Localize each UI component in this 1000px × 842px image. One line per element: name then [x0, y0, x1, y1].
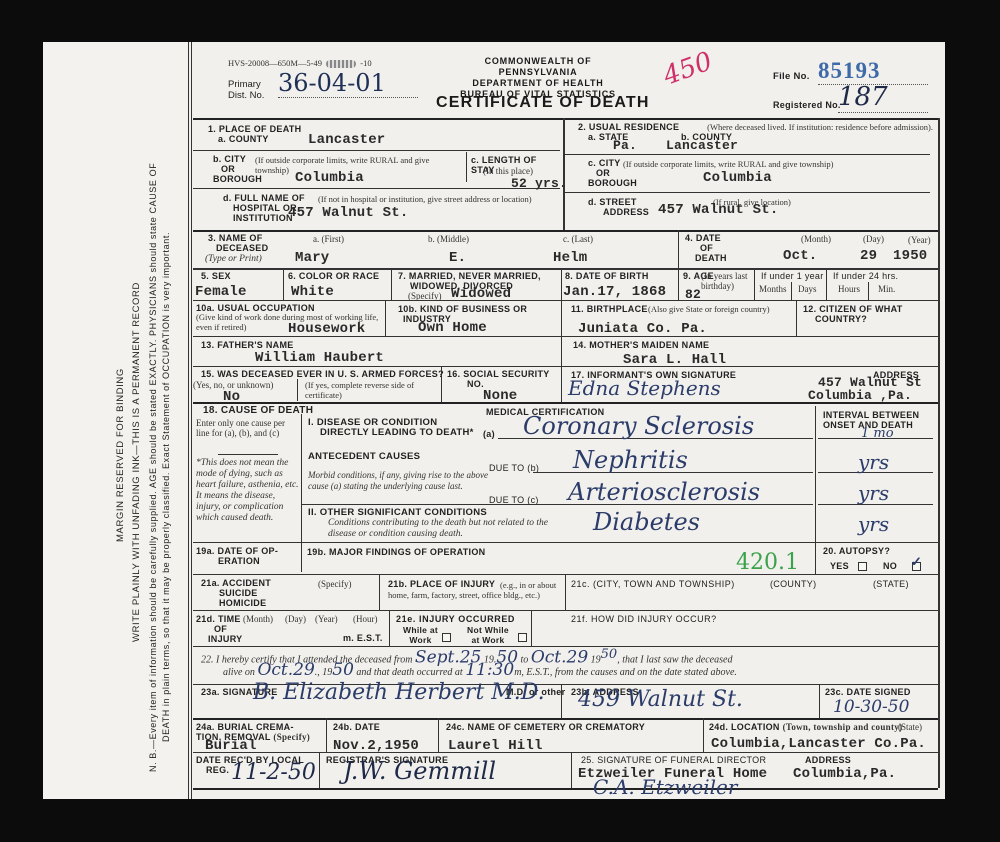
- rule: [561, 366, 562, 402]
- cause-b-value: Nephritis: [573, 446, 688, 474]
- dod-label-3: DEATH: [685, 253, 727, 263]
- rule: [193, 752, 938, 753]
- dod-month-value: Oct.: [783, 248, 817, 264]
- residence-county-value: Lancaster: [666, 138, 738, 153]
- dod-label-1: 4. DATE: [685, 233, 727, 243]
- rule: [297, 379, 298, 401]
- injury-occurred-label: 21e. INJURY OCCURRED: [396, 614, 515, 624]
- institution-label-1: d. FULL NAME OF: [223, 193, 305, 203]
- header-rule: [193, 118, 938, 120]
- agency-department: DEPARTMENT OF HEALTH: [448, 78, 628, 89]
- rule: [565, 154, 930, 155]
- cemetery-label: 24c. NAME OF CEMETERY OR CREMATORY: [446, 722, 645, 732]
- location-label-text: 24d. LOCATION: [709, 722, 780, 732]
- occupation-value: Housework: [288, 321, 365, 337]
- rule: [703, 718, 704, 752]
- burial-location-value: Columbia,Lancaster Co.Pa.: [711, 736, 926, 752]
- injury-year-label: (Year): [315, 614, 338, 624]
- funeral-director-signature: C.A. Etzweiler: [593, 775, 737, 799]
- rule: [379, 574, 380, 610]
- res-city-label-2: OR: [588, 168, 637, 178]
- funeral-director-address: Columbia,Pa.: [793, 766, 896, 782]
- informant-address: 457 Walnut St Columbia ,Pa.: [818, 376, 922, 402]
- form-code: HVS-20008—650M—5-49 -10: [228, 58, 372, 68]
- rule: [193, 188, 560, 189]
- race-value: White: [291, 284, 334, 300]
- nb-instruction-1: N. B.—Every item of information should b…: [148, 163, 158, 772]
- deceased-name-label: 3. NAME OF DECEASED: [208, 233, 268, 253]
- rule: [815, 542, 816, 574]
- residence-street-label: d. STREET ADDRESS: [588, 197, 649, 217]
- father-label: 13. FATHER'S NAME: [201, 340, 294, 350]
- time-label-1: 21d. TIME: [196, 614, 242, 624]
- registered-no-value: 187: [838, 82, 928, 113]
- rule: [193, 610, 938, 611]
- rule: [565, 574, 566, 610]
- street-label-1: d. STREET: [588, 197, 649, 207]
- dod-label-2: OF: [685, 243, 727, 253]
- autopsy-no-label: NO: [883, 561, 897, 571]
- last-name-value: Helm: [553, 250, 587, 266]
- injury-day-label: (Day): [285, 614, 306, 624]
- rule: [389, 610, 390, 646]
- file-no-label: File No.: [773, 72, 810, 82]
- rule: [531, 610, 532, 646]
- how-injury-label: 21f. HOW DID INJURY OCCUR?: [571, 614, 717, 624]
- armed-forces-label: 15. WAS DECEASED EVER IN U. S. ARMED FOR…: [201, 369, 444, 379]
- autopsy-no[interactable]: NO ✓: [883, 561, 921, 571]
- middle-name-value: E.: [449, 250, 466, 266]
- primary-dist-value: 36-04-01: [278, 69, 418, 98]
- op-date-label-2: ERATION: [196, 556, 278, 566]
- rule: [193, 718, 938, 720]
- cert-text-1e: , that I last saw the deceased: [617, 654, 732, 665]
- cause-c-value: Arteriosclerosis: [568, 478, 760, 506]
- dod-year-label: (Year): [908, 235, 931, 245]
- rule: [193, 336, 938, 337]
- rule: [193, 300, 938, 301]
- cause-instruction: Enter only one cause per line for (a), (…: [196, 418, 300, 438]
- rule: [678, 230, 679, 268]
- residence-street-value: 457 Walnut St.: [658, 202, 778, 218]
- rule: [819, 684, 820, 718]
- rule: [193, 366, 938, 367]
- margin-divider: [188, 42, 192, 799]
- autopsy-yes[interactable]: YES: [830, 561, 867, 571]
- first-name-value: Mary: [295, 250, 329, 266]
- antecedent-note: Morbid conditions, if any, giving rise t…: [308, 470, 508, 492]
- birthplace-label: 11. BIRTHPLACE: [571, 304, 648, 314]
- check-mark-icon: ✓: [911, 557, 922, 567]
- operation-date-label: 19a. DATE OF OP- ERATION: [196, 546, 278, 566]
- time-label-2: OF: [196, 624, 242, 634]
- op-date-label-1: 19a. DATE OF OP-: [196, 546, 278, 556]
- certificate-title: CERTIFICATE OF DEATH: [436, 94, 650, 112]
- rule: [796, 300, 797, 336]
- rule: [193, 230, 938, 232]
- accident-specify: (Specify): [318, 579, 352, 589]
- rule: [319, 752, 320, 788]
- cert-text-2a: alive on: [223, 667, 255, 678]
- date-signed-label: 23c. DATE SIGNED: [825, 687, 911, 697]
- rule: [385, 300, 386, 336]
- injury-city-label: 21c. (CITY, TOWN AND TOWNSHIP): [571, 579, 735, 589]
- res-city-label-3: BOROUGH: [588, 178, 637, 188]
- institution-value: 457 Walnut St.: [288, 205, 408, 221]
- rule: [218, 454, 278, 455]
- rule: [466, 152, 467, 182]
- informant-address-2: Columbia ,Pa.: [808, 389, 922, 402]
- birth-date-value: Jan.17, 1868: [563, 284, 666, 300]
- date-of-death-label: 4. DATE OF DEATH: [685, 233, 727, 263]
- business-value: Own Home: [418, 320, 487, 336]
- rule: [678, 268, 679, 300]
- file-no-value: 85193: [818, 58, 928, 85]
- injury-state-label: (STATE): [873, 579, 909, 589]
- autopsy-no-checkbox[interactable]: ✓: [912, 562, 921, 571]
- other-conditions-note: Conditions contributing to the death but…: [328, 518, 568, 540]
- under-24-hrs-label: If under 24 hrs.: [833, 271, 898, 281]
- street-label-2: ADDRESS: [588, 207, 649, 217]
- operation-findings-label: 19b. MAJOR FINDINGS OF OPERATION: [307, 547, 485, 557]
- while-at-work-label: While at Work: [398, 625, 443, 645]
- funeral-director-label: 25. SIGNATURE OF FUNERAL DIRECTOR: [581, 755, 766, 765]
- green-code-annotation: 420.1: [736, 550, 799, 575]
- last-name-label: c. (Last): [563, 234, 593, 244]
- residence-note: (Where deceased lived. If institution: r…: [698, 122, 933, 132]
- injury-place-note: (e.g., in or about home, farm, factory, …: [388, 580, 563, 600]
- dod-day-value: 29: [860, 248, 877, 264]
- institution-note: (If not in hospital or institution, give…: [318, 194, 558, 204]
- rule: [438, 718, 439, 752]
- death-certificate: MARGIN RESERVED FOR BINDING WRITE PLAINL…: [43, 42, 945, 799]
- cause-a-value: Coronary Sclerosis: [523, 412, 754, 440]
- rule: [826, 268, 827, 300]
- death-county-value: Lancaster: [308, 132, 385, 148]
- other-conditions-label: II. OTHER SIGNIFICANT CONDITIONS: [308, 508, 487, 518]
- cert-text-1d: 19: [591, 654, 601, 665]
- place-of-death-label: 1. PLACE OF DEATH: [208, 124, 301, 134]
- rule: [441, 366, 442, 402]
- agency-commonwealth: COMMONWEALTH OF PENNSYLVANIA: [448, 56, 628, 78]
- burial-state-label: (State): [898, 722, 922, 732]
- residence-label: 2. USUAL RESIDENCE: [578, 122, 679, 132]
- birth-date-label: 8. DATE OF BIRTH: [565, 271, 649, 281]
- sex-label: 5. SEX: [201, 271, 231, 281]
- age-note: (In years last birthday): [701, 271, 751, 291]
- injury-est-label: m. E.S.T.: [343, 633, 383, 643]
- not-while-at-work-checkbox[interactable]: [518, 633, 527, 642]
- rule: [193, 150, 560, 151]
- death-county-label: a. COUNTY: [218, 134, 269, 144]
- not-while-at-work-label: Not While at Work: [463, 625, 513, 645]
- residence-city-note: (If outside corporate limits, write RURA…: [623, 159, 834, 169]
- accident-type-label: 21a. ACCIDENT SUICIDE HOMICIDE: [201, 578, 271, 608]
- residence-city-value: Columbia: [703, 170, 772, 186]
- cert-text-2b: ., 19: [315, 667, 333, 678]
- injury-time-label: 21d. TIME OF INJURY: [196, 614, 242, 644]
- registered-no-label: Registered No.: [773, 100, 841, 110]
- mother-label: 14. MOTHER'S MAIDEN NAME: [573, 340, 709, 350]
- sex-value: Female: [195, 284, 247, 300]
- physician-signature: B. Elizabeth Herbert M.D.: [253, 680, 545, 705]
- last-alive-year: 50: [332, 660, 354, 680]
- cause-a-label: (a): [483, 429, 495, 439]
- ssn-label: 16. SOCIAL SECURITY NO.: [447, 369, 550, 389]
- right-border: [938, 118, 940, 788]
- union-label-icon: [326, 60, 356, 68]
- cert-text-1c: to: [521, 654, 529, 665]
- primary-label: Primary: [228, 79, 264, 90]
- last-alive-date: Oct.29: [257, 660, 314, 680]
- disposition-label-1: 24a. BURIAL CREMA-: [196, 722, 310, 732]
- attended-to-year: 50: [601, 647, 618, 662]
- interval-other-value: yrs: [858, 512, 889, 536]
- time-label-3: INJURY: [196, 634, 242, 644]
- disease-condition-label: I. DISEASE OR CONDITION DIRECTLY LEADING…: [308, 418, 474, 438]
- disposition-specify: (Specify): [273, 732, 310, 742]
- physician-address: 459 Walnut St.: [578, 687, 743, 712]
- race-label: 6. COLOR OR RACE: [288, 271, 379, 281]
- dod-year-value: 1950: [893, 248, 927, 264]
- burial-location-label: 24d. LOCATION (Town, township and county…: [709, 722, 902, 732]
- cause-of-death-label: 18. CAUSE OF DEATH: [203, 406, 313, 416]
- antecedent-causes-label: ANTECEDENT CAUSES: [308, 452, 420, 462]
- min-label: Min.: [878, 284, 895, 294]
- rule: [563, 118, 565, 230]
- armed-forces-note-2: (If yes, complete reverse side of certif…: [305, 380, 435, 400]
- other-conditions-value: Diabetes: [593, 508, 700, 536]
- accident-label-2: SUICIDE: [201, 588, 271, 598]
- informant-signature: Edna Stephens: [568, 376, 721, 400]
- write-plainly-text: WRITE PLAINLY WITH UNFADING INK—THIS IS …: [131, 282, 142, 642]
- rule: [565, 192, 930, 193]
- rule: [791, 282, 792, 300]
- form-code-suffix: -10: [360, 58, 371, 68]
- interval-c-value: yrs: [858, 481, 889, 505]
- location-note: (Town, township and county): [783, 722, 903, 732]
- rule: [301, 414, 302, 542]
- rule: [561, 684, 562, 718]
- city-label-3: BOROUGH: [213, 174, 262, 184]
- primary-dist-label: Primary Dist. No.: [228, 79, 264, 101]
- business-label-1: 10b. KIND OF BUSINESS OR: [398, 304, 527, 314]
- ssn-label-1: 16. SOCIAL SECURITY: [447, 369, 550, 379]
- rule: [283, 268, 284, 300]
- time-of-death: 11:30: [465, 660, 514, 680]
- accident-label-1: 21a. ACCIDENT: [201, 578, 271, 588]
- citizen-label-1: 12. CITIZEN OF WHAT: [803, 304, 903, 314]
- funeral-director-address-label: ADDRESS: [805, 755, 851, 765]
- certification-line-2: alive on Oct.29., 1950 and that death oc…: [223, 665, 737, 678]
- nb-instruction-2: DEATH in plain terms, so that it may be …: [161, 232, 171, 742]
- dod-day-label: (Day): [863, 234, 884, 244]
- dist-no-label: Dist. No.: [228, 90, 264, 101]
- autopsy-yes-checkbox[interactable]: [858, 562, 867, 571]
- rule: [193, 402, 938, 404]
- marital-label-1: 7. MARRIED, NEVER MARRIED,: [398, 271, 541, 281]
- date-received-value: 11-2-50: [231, 760, 316, 785]
- length-of-stay-note: (In this place): [483, 166, 533, 176]
- margin-reserved-text: MARGIN RESERVED FOR BINDING: [115, 368, 126, 542]
- cert-text-2c: and that death occurred at: [356, 667, 462, 678]
- rule: [868, 282, 869, 300]
- days-label: Days: [798, 284, 817, 294]
- burial-date-label: 24b. DATE: [333, 722, 380, 732]
- hours-label: Hours: [838, 284, 860, 294]
- citizen-label: 12. CITIZEN OF WHAT COUNTRY?: [803, 304, 903, 324]
- birthplace-value: Juniata Co. Pa.: [578, 321, 707, 337]
- months-label: Months: [759, 284, 787, 294]
- injury-county-label: (COUNTY): [770, 579, 816, 589]
- death-city-value: Columbia: [295, 170, 364, 186]
- part1-label-2: DIRECTLY LEADING TO DEATH*: [308, 428, 474, 438]
- rule: [193, 788, 938, 790]
- interval-label-1: INTERVAL BETWEEN: [823, 410, 919, 420]
- rule: [391, 268, 392, 300]
- rule: [815, 406, 816, 542]
- name-label-1: 3. NAME OF: [208, 233, 268, 243]
- citizen-label-2: COUNTRY?: [803, 314, 903, 324]
- date-signed-value: 10-30-50: [833, 697, 909, 717]
- form-code-text: HVS-20008—650M—5-49: [228, 58, 322, 68]
- type-or-print-note: (Type or Print): [205, 254, 262, 265]
- cause-footnote: *This does not mean the mode of dying, s…: [196, 458, 300, 524]
- rule: [301, 542, 302, 572]
- rule: [193, 542, 938, 543]
- interval-b-value: yrs: [858, 450, 889, 474]
- father-value: William Haubert: [255, 350, 384, 366]
- binding-margin: MARGIN RESERVED FOR BINDING WRITE PLAINL…: [43, 42, 188, 799]
- rule: [326, 718, 327, 752]
- dod-month-label: (Month): [801, 234, 831, 244]
- first-name-label: a. (First): [313, 234, 344, 244]
- autopsy-yes-label: YES: [830, 561, 849, 571]
- interval-a-value: 1 mo: [861, 426, 894, 441]
- middle-name-label: b. (Middle): [428, 234, 469, 244]
- under-1-year-label: If under 1 year: [761, 271, 824, 281]
- residence-state-value: Pa.: [613, 138, 637, 153]
- injury-month-label: (Month): [243, 614, 273, 624]
- rule: [571, 752, 572, 788]
- injury-hour-label: (Hour): [353, 614, 378, 624]
- accident-label-3: HOMICIDE: [201, 598, 271, 608]
- birthplace-note: (Also give State or foreign country): [648, 304, 788, 314]
- rule: [561, 300, 562, 336]
- certificate-form: HVS-20008—650M—5-49 -10 Primary Dist. No…: [193, 42, 938, 799]
- while-at-work-checkbox[interactable]: [442, 633, 451, 642]
- rule: [561, 336, 562, 366]
- registrar-signature: J.W. Gemmill: [343, 757, 496, 785]
- cert-text-2d: m, E.S.T., from the causes and on the da…: [514, 667, 737, 678]
- red-annotation: 450: [659, 46, 716, 91]
- autopsy-label: 20. AUTOPSY?: [823, 546, 890, 556]
- rule: [561, 268, 562, 300]
- rule: [754, 268, 755, 300]
- name-label-2: DECEASED: [208, 243, 268, 253]
